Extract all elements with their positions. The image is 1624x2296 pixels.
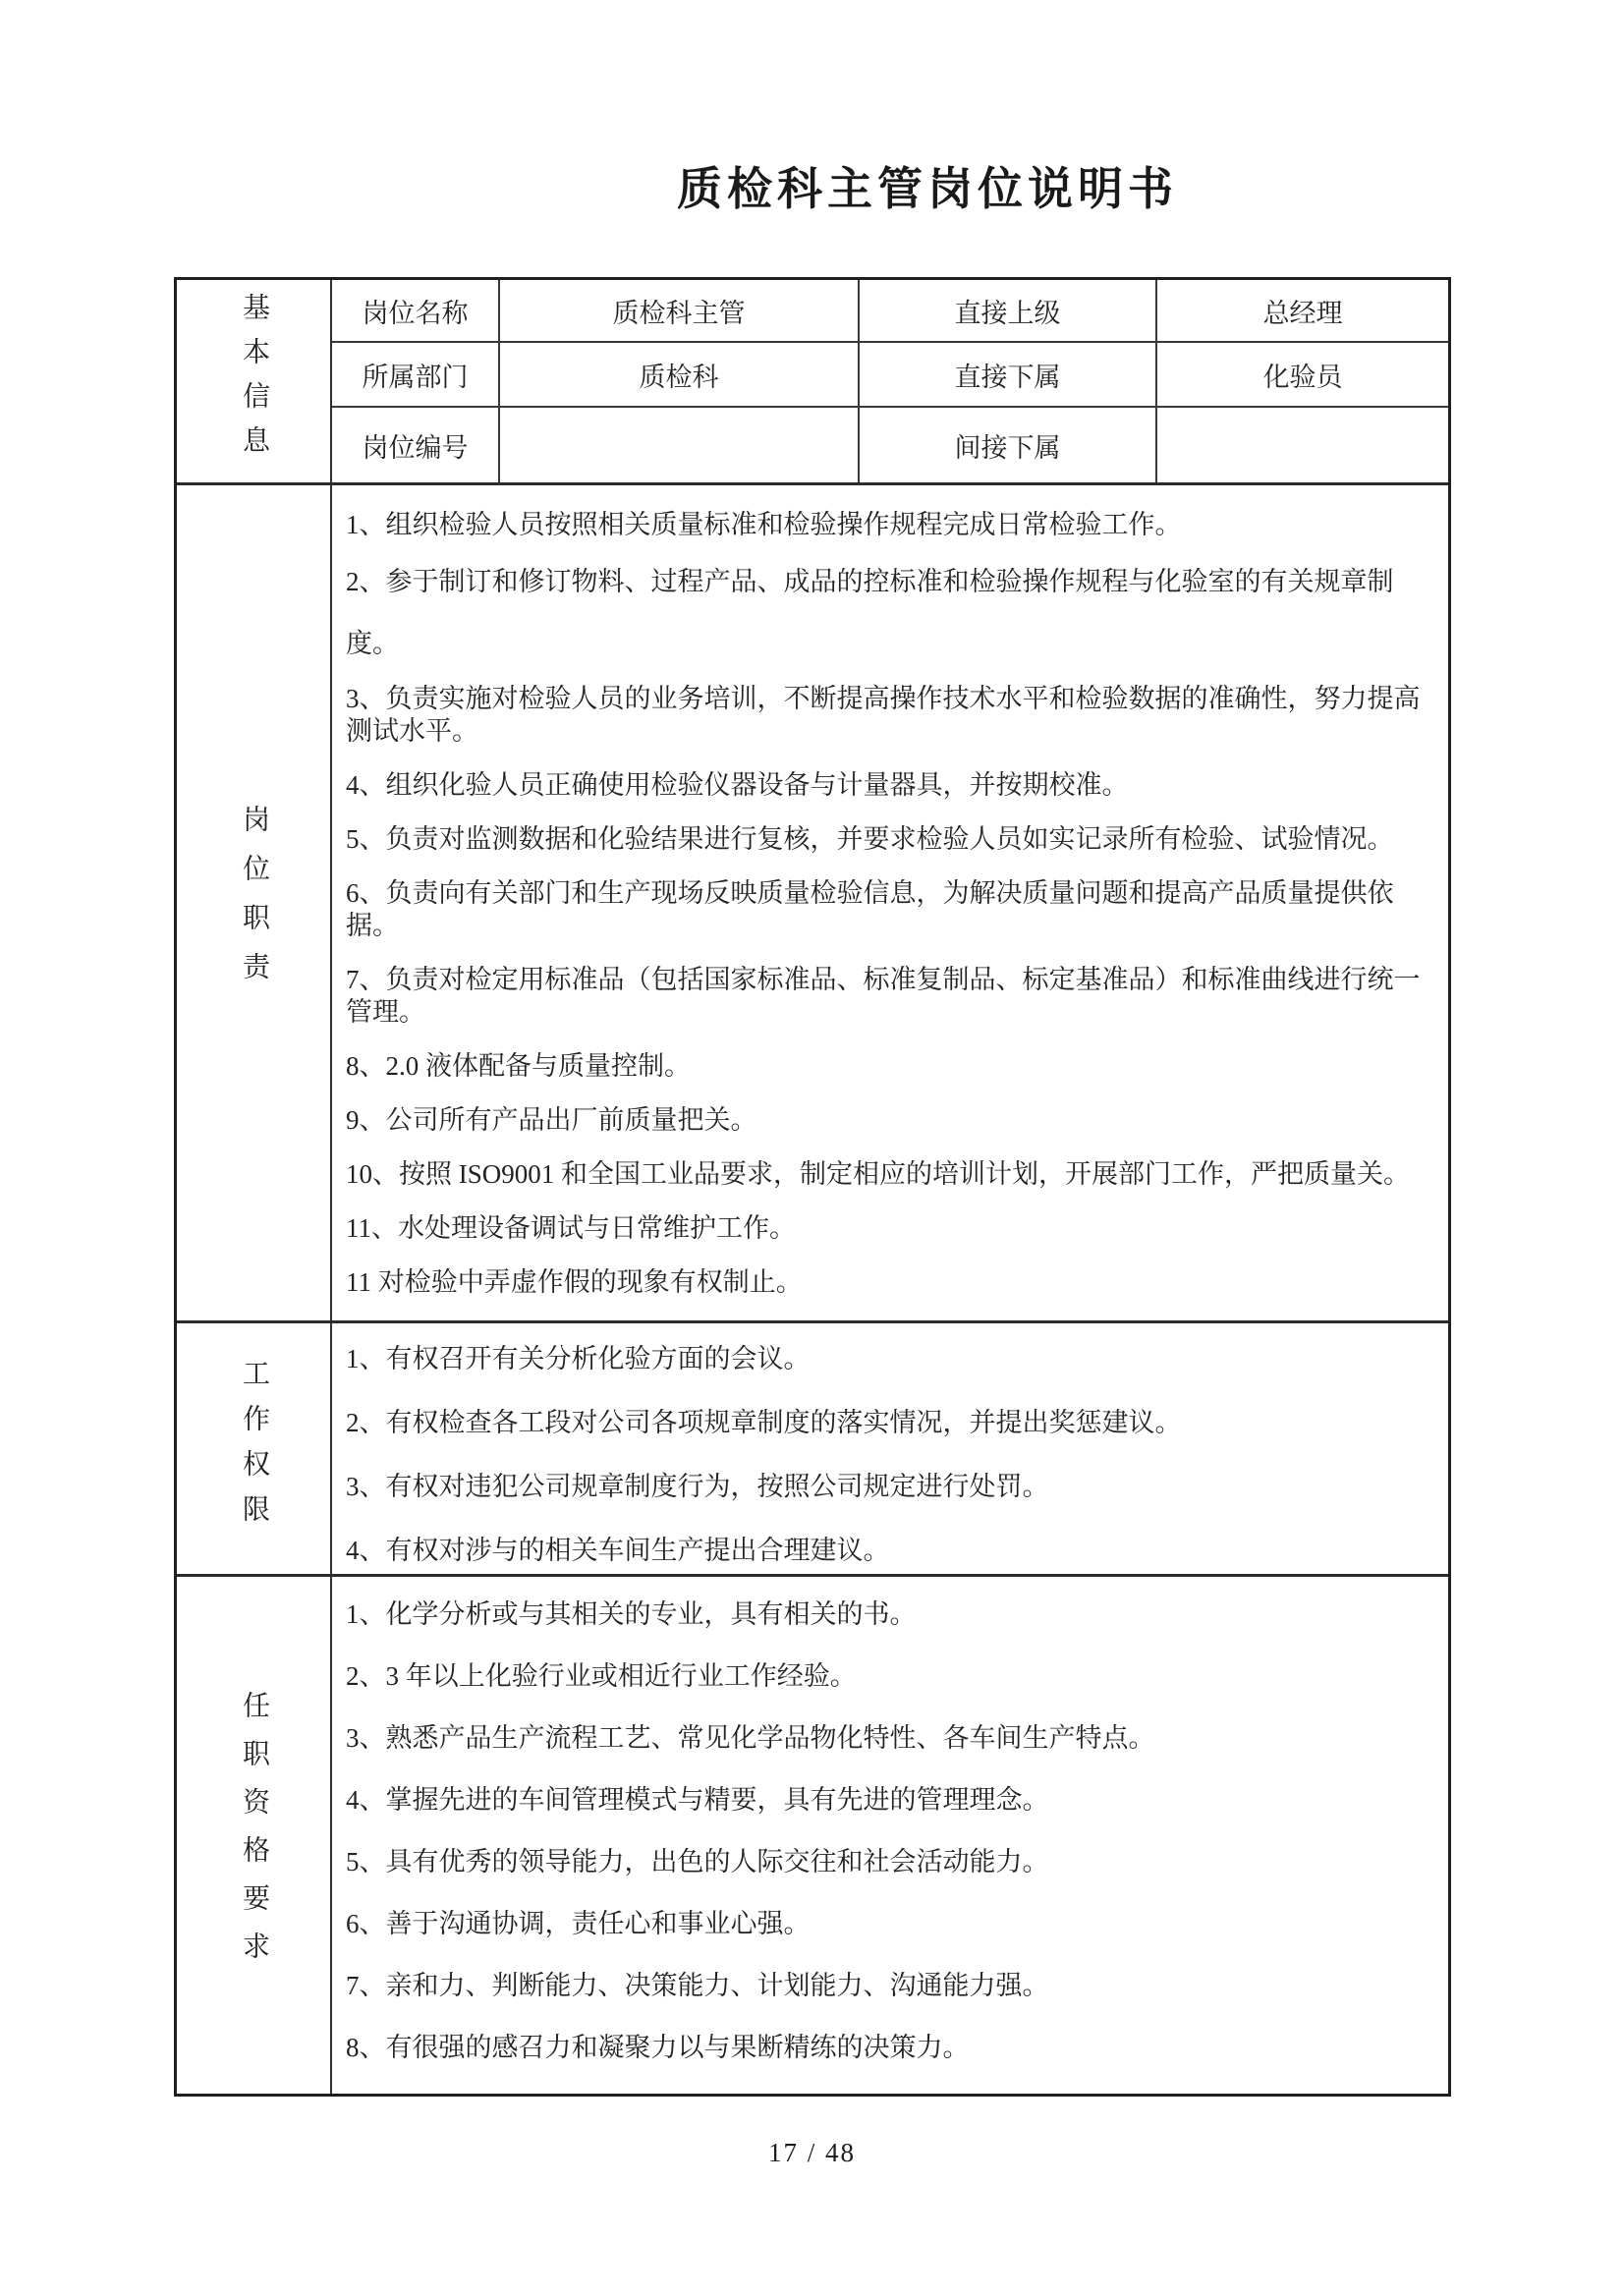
duty-item: 7、负责对检定用标准品（包括国家标准品、标准复制品、标定基准品）和标准曲线进行统…	[346, 964, 1436, 1029]
field-value-job-number	[500, 408, 860, 482]
qualification-item: 8、有很强的感召力和凝聚力以与果断精练的决策力。	[346, 2032, 1436, 2064]
job-description-table: 基本信息 岗位名称 质检科主管 直接上级 总经理 所属部门 质检科 直接下属 化…	[174, 277, 1451, 2097]
duty-item: 3、负责实施对检验人员的业务培训，不断提高操作技术水平和检验数据的准确性，努力提…	[346, 683, 1436, 748]
qualification-content: 1、化学分析或与其相关的专业，具有相关的书。 2、3 年以上化验行业或相近行业工…	[332, 1577, 1448, 2094]
job-duties-content: 1、组织检验人员按照相关质量标准和检验操作规程完成日常检验工作。 2、参于制订和…	[332, 485, 1448, 1320]
qualification-item: 4、掌握先进的车间管理模式与精要，具有先进的管理理念。	[346, 1784, 1436, 1817]
duty-item: 5、负责对监测数据和化验结果进行复核，并要求检验人员如实记录所有检验、试验情况。	[346, 823, 1436, 856]
qualification-item: 2、3 年以上化验行业或相近行业工作经验。	[346, 1660, 1436, 1693]
authority-item: 4、有权对涉与的相关车间生产提出合理建议。	[346, 1535, 1436, 1567]
qualification-item: 5、具有优秀的领导能力，出色的人际交往和社会活动能力。	[346, 1846, 1436, 1878]
qualification-section-label-text: 任职资格要求	[240, 1691, 267, 1980]
section-work-authority: 工作权限 1、有权召开有关分析化验方面的会议。 2、有权检查各工段对公司各项规章…	[177, 1320, 1448, 1574]
page-number: 17 / 48	[0, 2138, 1624, 2168]
field-label-department: 所属部门	[332, 343, 500, 408]
field-value-direct-subordinate: 化验员	[1157, 343, 1448, 408]
work-authority-section-label: 工作权限	[177, 1323, 332, 1574]
basic-info-section-label: 基本信息	[177, 280, 332, 482]
duty-item: 8、2.0 液体配备与质量控制。	[346, 1050, 1436, 1083]
section-job-duties: 岗位职责 1、组织检验人员按照相关质量标准和检验操作规程完成日常检验工作。 2、…	[177, 482, 1448, 1320]
field-value-department: 质检科	[500, 343, 860, 408]
basic-info-grid: 岗位名称 质检科主管 直接上级 总经理 所属部门 质检科 直接下属 化验员 岗位…	[332, 280, 1448, 482]
authority-item: 2、有权检查各工段对公司各项规章制度的落实情况，并提出奖惩建议。	[346, 1407, 1436, 1439]
job-duties-section-label-text: 岗位职责	[240, 805, 267, 1001]
document-page: 质检科主管岗位说明书 基本信息 岗位名称 质检科主管 直接上级 总经理 所属部门…	[0, 0, 1624, 2296]
page-title: 质检科主管岗位说明书	[677, 153, 1178, 218]
authority-item: 1、有权召开有关分析化验方面的会议。	[346, 1343, 1436, 1375]
duty-item: 9、公司所有产品出厂前质量把关。	[346, 1104, 1436, 1137]
duty-item: 1、组织检验人员按照相关质量标准和检验操作规程完成日常检验工作。	[346, 509, 1436, 541]
field-value-direct-superior: 总经理	[1157, 280, 1448, 343]
duty-item: 6、负责向有关部门和生产现场反映质量检验信息，为解决质量问题和提高产品质量提供依…	[346, 877, 1436, 942]
section-qualification-requirements: 任职资格要求 1、化学分析或与其相关的专业，具有相关的书。 2、3 年以上化验行…	[177, 1574, 1448, 2094]
qualification-item: 6、善于沟通协调，责任心和事业心强。	[346, 1908, 1436, 1940]
field-label-direct-superior: 直接上级	[860, 280, 1157, 343]
field-label-job-number: 岗位编号	[332, 408, 500, 482]
field-value-indirect-subordinate	[1157, 408, 1448, 482]
work-authority-section-label-text: 工作权限	[240, 1359, 267, 1540]
field-value-job-title: 质检科主管	[500, 280, 860, 343]
work-authority-content: 1、有权召开有关分析化验方面的会议。 2、有权检查各工段对公司各项规章制度的落实…	[332, 1323, 1448, 1574]
duty-item: 11、水处理设备调试与日常维护工作。	[346, 1212, 1436, 1245]
duty-item: 11 对检验中弄虚作假的现象有权制止。	[346, 1266, 1436, 1299]
basic-info-section-label-text: 基本信息	[240, 293, 267, 470]
duty-item: 2、参于制订和修订物料、过程产品、成品的控标准和检验操作规程与化验室的有关规章制…	[346, 551, 1436, 675]
job-duties-section-label: 岗位职责	[177, 485, 332, 1320]
field-label-job-title: 岗位名称	[332, 280, 500, 343]
duty-item: 10、按照 ISO9001 和全国工业品要求，制定相应的培训计划，开展部门工作，…	[346, 1158, 1436, 1191]
qualification-item: 3、熟悉产品生产流程工艺、常见化学品物化特性、各车间生产特点。	[346, 1722, 1436, 1755]
qualification-item: 1、化学分析或与其相关的专业，具有相关的书。	[346, 1598, 1436, 1631]
section-basic-info: 基本信息 岗位名称 质检科主管 直接上级 总经理 所属部门 质检科 直接下属 化…	[177, 280, 1448, 482]
authority-item: 3、有权对违犯公司规章制度行为，按照公司规定进行处罚。	[346, 1471, 1436, 1503]
qualification-section-label: 任职资格要求	[177, 1577, 332, 2094]
qualification-item: 7、亲和力、判断能力、决策能力、计划能力、沟通能力强。	[346, 1970, 1436, 2002]
duty-item: 4、组织化验人员正确使用检验仪器设备与计量器具，并按期校准。	[346, 769, 1436, 802]
field-label-direct-subordinate: 直接下属	[860, 343, 1157, 408]
field-label-indirect-subordinate: 间接下属	[860, 408, 1157, 482]
